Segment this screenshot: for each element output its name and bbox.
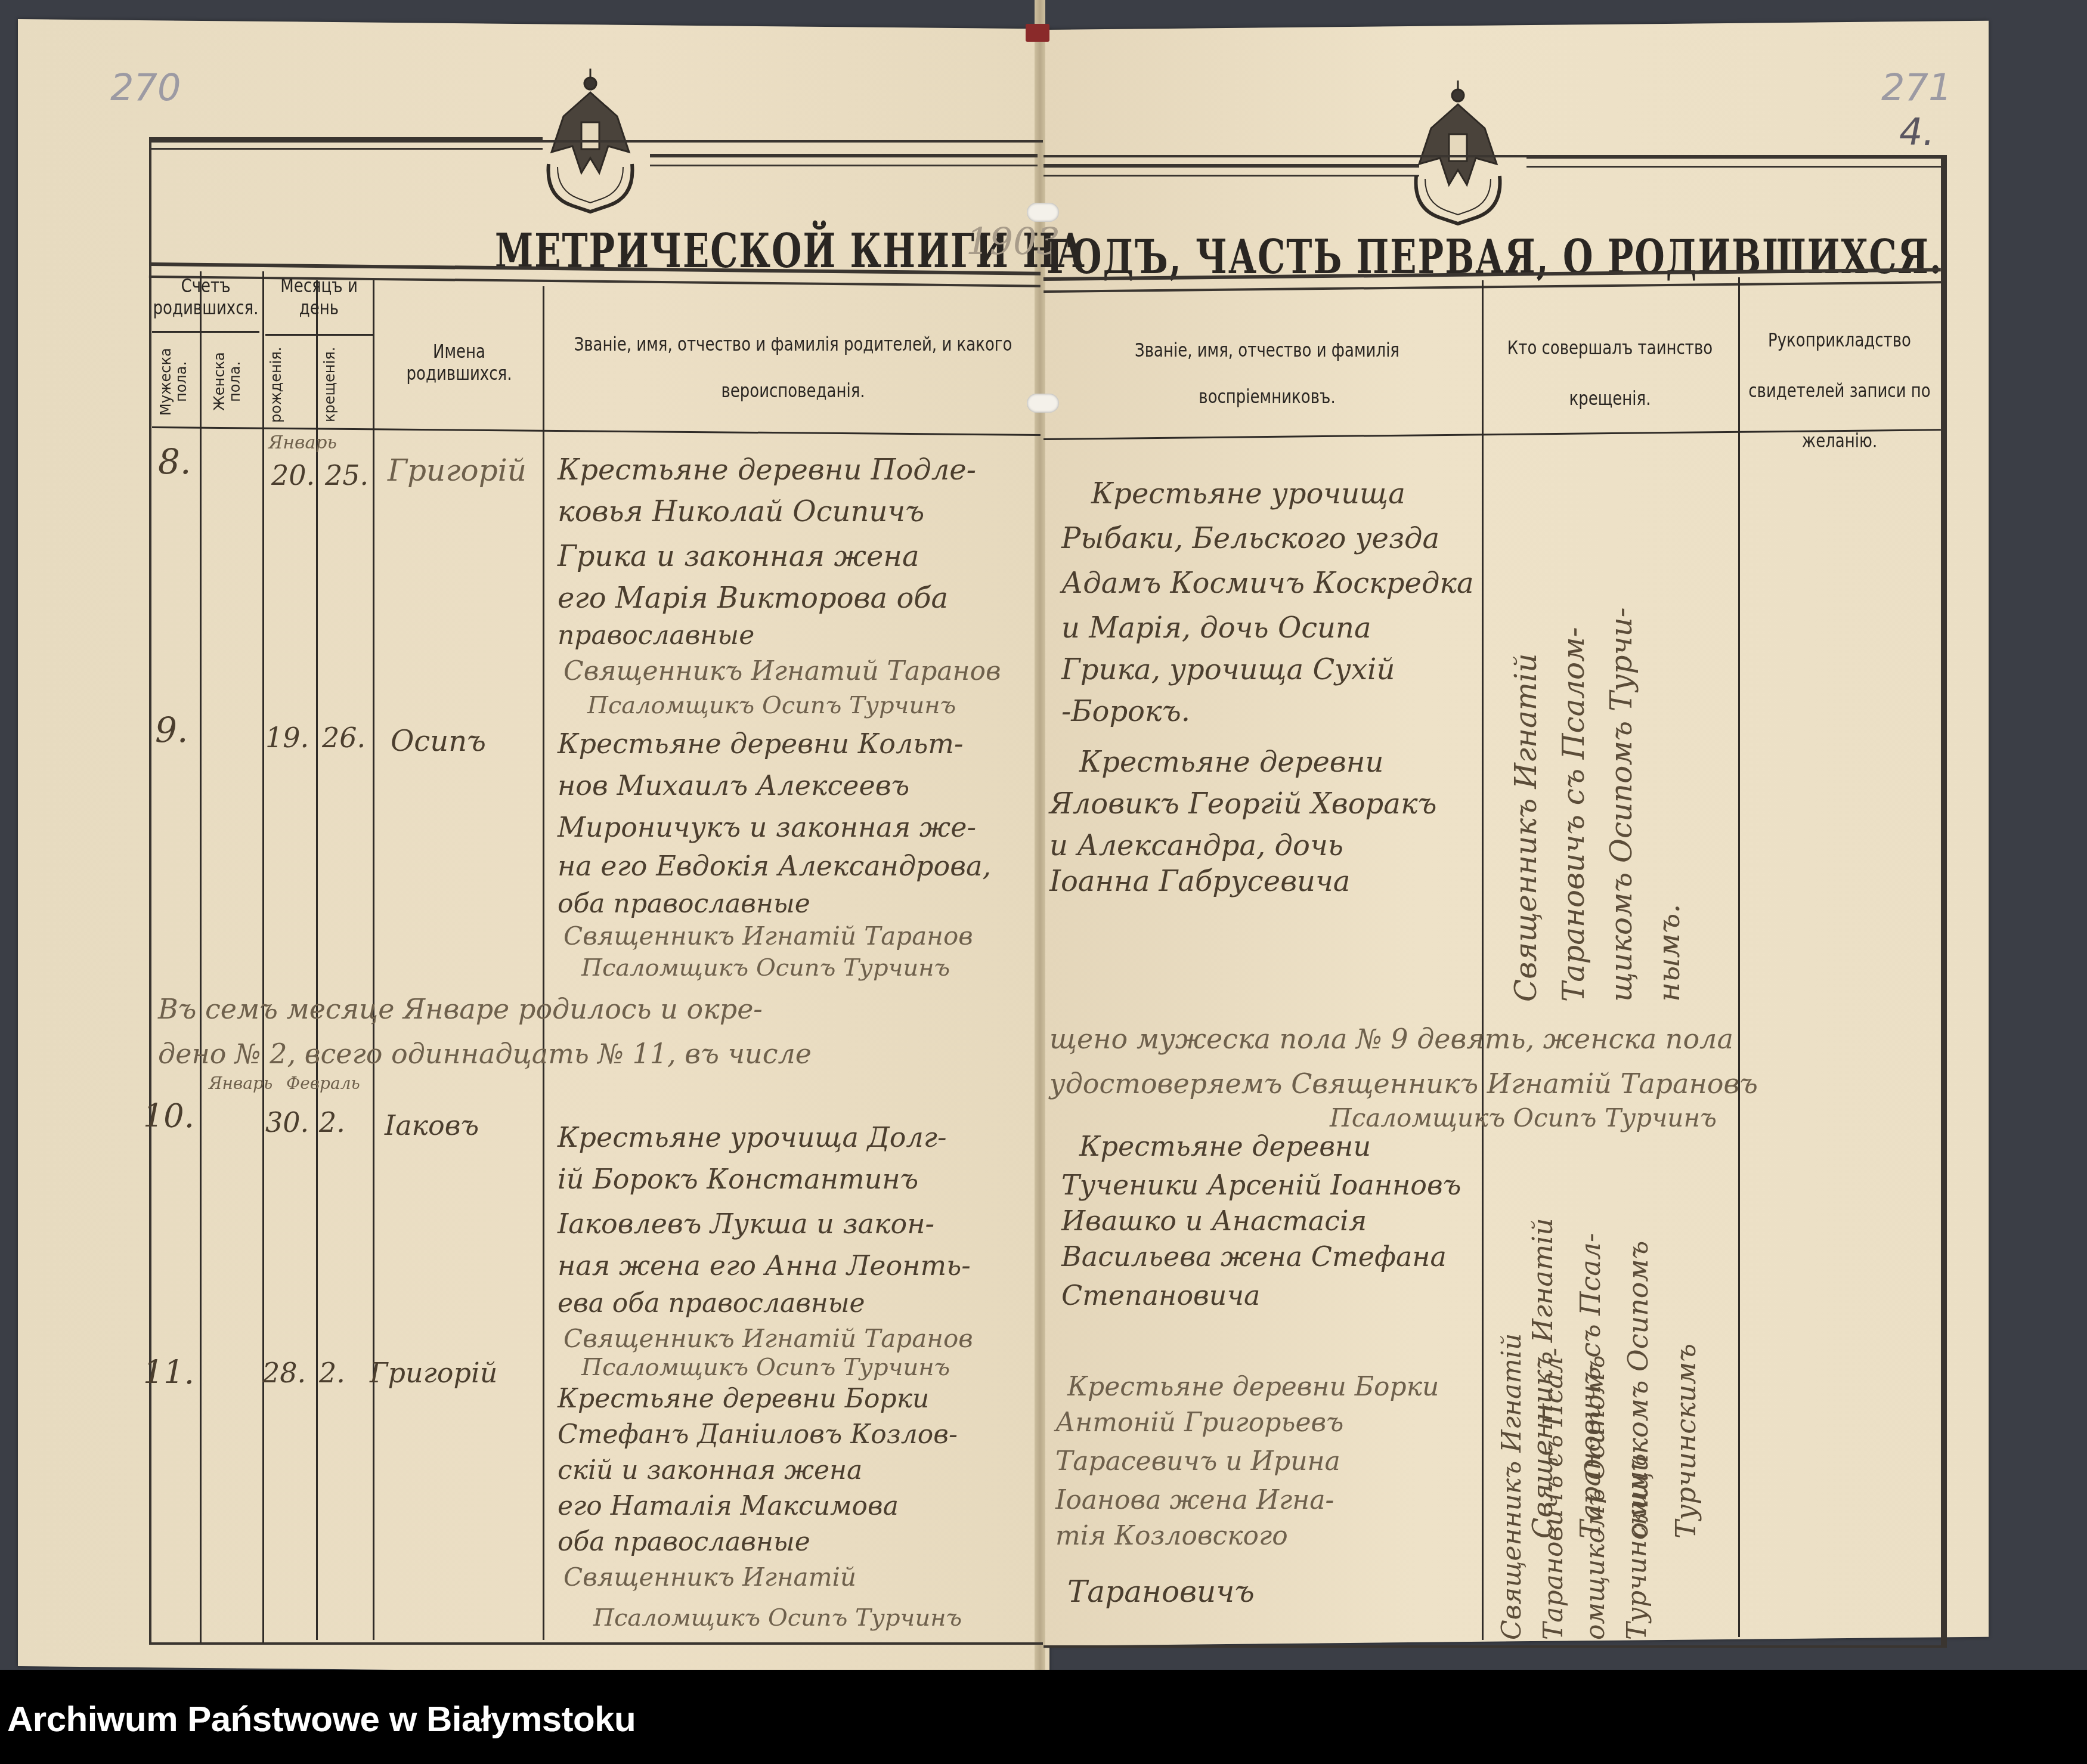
col-divider (200, 271, 202, 1643)
parents-line: оба православные (558, 1527, 810, 1557)
parents-line: Мироничукъ и законная же- (558, 811, 976, 843)
page-number-right: 271 (1881, 66, 1952, 109)
month-summary-line: щено мужеска пола № 9 девять, женска пол… (1049, 1023, 1733, 1055)
godparents-line: Рыбаки, Бельского уезда (1061, 522, 1439, 555)
parents-line: на его Евдокія Александрова, (558, 850, 991, 882)
entry-month: Январь (268, 432, 337, 453)
header-baptism: крещенія. (322, 346, 364, 423)
parents-line: его Наталія Максимова (558, 1491, 899, 1521)
parents-line: Іаковлевъ Лукша и закон- (558, 1208, 934, 1240)
entry-number: 8. (158, 441, 191, 482)
month-summary-line: дено № 2, всего одиннадцать № 11, въ чис… (158, 1038, 812, 1070)
entry-number: 11. (143, 1354, 194, 1391)
godparents-line: Крестьяне деревни Борки (1067, 1372, 1439, 1402)
parents-line: ковья Николай Осипичъ (558, 495, 924, 528)
parents-line: Стефанъ Даніиловъ Козлов- (558, 1419, 958, 1450)
parents-line: Крестьяне деревни Кольт- (558, 728, 963, 760)
clergy-note: Псаломщикъ Осипъ Турчинъ (587, 692, 956, 719)
month-summary-line: Въ семъ месяце Январе родилось и окре- (158, 993, 763, 1025)
clergy-note: Священникъ Игнатій (563, 1562, 856, 1592)
officiant-line: Тарановичъ съ Псал- (1538, 1366, 1569, 1640)
godparents-line: Васильева жена Стефана (1061, 1240, 1447, 1273)
parents-line: его Марія Викторова оба (558, 581, 948, 615)
entry-number: 10. (143, 1097, 194, 1135)
godparents-line: Грика, урочища Сухій (1061, 653, 1395, 686)
entry-birth-day: 20. (271, 459, 315, 491)
entry-birth-day: 19. (265, 722, 309, 754)
clergy-note: Священникъ Игнатий Таранов (563, 656, 1001, 686)
entry-birth-day: 30. (265, 1106, 309, 1138)
subheader-line (152, 331, 259, 333)
clergy-note: Священникъ Игнатій Таранов (563, 921, 973, 951)
header-godparents: Званіе, имя, отчество и фамилія воспріем… (1073, 327, 1461, 420)
header-officiant: Кто совершалъ таинство крещенія. (1491, 324, 1729, 425)
subheader-line (265, 334, 373, 336)
parents-line: ная жена его Анна Леонть- (558, 1249, 971, 1282)
godparents-line: Іоанова жена Игна- (1055, 1485, 1334, 1515)
officiant-line: Священникъ Игнатій (1497, 1366, 1527, 1640)
entry-baptism-day: 2. (319, 1357, 345, 1389)
godparents-line: Яловикъ Георгій Хворакъ (1049, 787, 1437, 821)
godparents-line: и Марія, дочь Осипа (1061, 611, 1371, 645)
godparents-line: Крестьяне урочища (1091, 477, 1405, 510)
clergy-note: Псаломщикъ Осипъ Турчинъ (593, 1604, 962, 1632)
godparents-line: Тученики Арсеній Іоанновъ (1061, 1169, 1461, 1201)
entry-baptism-day: 25. (325, 459, 369, 491)
header-names: Имена родившихся. (379, 342, 540, 384)
parents-line: нов Михаилъ Алексеевъ (558, 769, 909, 801)
officiant-line: Турчинскимъ (1622, 1366, 1652, 1640)
officiant-line: нымъ. (1652, 823, 1686, 1002)
parents-line: ій Борокъ Константинъ (558, 1163, 918, 1195)
entry-child-name: Іаковъ (385, 1109, 479, 1141)
entry-baptism-day: 2. (319, 1106, 345, 1138)
month-summary-line: Псаломщикъ Осипъ Турчинъ (1330, 1103, 1717, 1132)
bookmark-ribbon (1026, 24, 1049, 42)
godparents-line: и Александра, дочь (1049, 829, 1343, 862)
clergy-note: Псаломщикъ Осипъ Турчинъ (581, 954, 950, 982)
parents-line: Грика и законная жена (558, 540, 919, 573)
godparents-line: Адамъ Космичъ Коскредка (1061, 567, 1474, 600)
header-female: Женска пола. (212, 340, 253, 423)
parents-line: православные (558, 620, 754, 651)
officiant-line: Тарановичъ съ Псалом- (1556, 429, 1591, 1002)
godparents-line: Тарасевичъ и Ирина (1055, 1446, 1340, 1477)
col-divider (543, 286, 544, 1640)
parents-line: ева оба православные (558, 1288, 865, 1319)
parents-line: Крестьяне урочища Долг- (558, 1121, 947, 1153)
godparents-line: Іоанна Габрусевича (1049, 865, 1350, 898)
officiant-line: омщикомъ Осипомъ (1580, 1366, 1611, 1640)
officiant-line: Турчинскимъ (1670, 1121, 1702, 1539)
parents-line: скій и законная жена (558, 1455, 862, 1486)
header-count: Счетъ родившихся. (152, 276, 259, 318)
clergy-note: Священникъ Игнатій Таранов (563, 1324, 973, 1353)
folio-number: 4. (1899, 110, 1934, 154)
page-number-left: 270 (110, 66, 181, 109)
godparents-line: Крестьяне деревни (1079, 1130, 1371, 1162)
godparents-line: Антоній Григорьевъ (1055, 1407, 1343, 1438)
entry-baptism-day: 26. (322, 722, 366, 754)
godparents-line: -Борокъ. (1061, 695, 1190, 728)
godparents-line: Степановича (1061, 1279, 1261, 1311)
godparents-line: тія Козловского (1055, 1521, 1288, 1551)
header-male: Мужеска пола. (158, 340, 200, 423)
godparents-line: Крестьяне деревни (1079, 745, 1383, 779)
archive-label: Archiwum Państwowe w Białymstoku (7, 1698, 636, 1740)
godparents-line: Ивашко и Анастасія (1061, 1205, 1367, 1237)
parents-line: Крестьяне деревни Борки (558, 1384, 929, 1414)
col-divider (1738, 277, 1740, 1637)
officiant-line: Священникъ Игнатій (1509, 429, 1543, 1002)
entry-birth-day: 28. (262, 1357, 306, 1389)
officiant-line: щикомъ Осипомъ Турчи- (1604, 429, 1639, 1002)
header-date: Месяцъ и день (265, 276, 373, 318)
col-divider (373, 280, 374, 1640)
entry-child-name: Григорій (388, 453, 527, 488)
header-birth: рожденія. (268, 346, 310, 423)
col-divider (1482, 280, 1484, 1640)
month-summary-line: удостоверяемъ Священникъ Игнатій Таранов… (1049, 1067, 1758, 1100)
parents-line: Крестьяне деревни Подле- (558, 453, 976, 487)
entry-month-baptism: Февраль (286, 1073, 360, 1093)
entry-number: 9. (155, 710, 188, 750)
entry-child-name: Осипъ (391, 725, 486, 758)
header-parents: Званіе, имя, отчество и фамилія родителе… (555, 321, 1032, 414)
entry-month-birth: Январь (209, 1073, 273, 1093)
godparent-signature: Тарановичъ (1067, 1574, 1255, 1609)
col-divider (316, 280, 318, 1640)
parents-line: оба православные (558, 889, 810, 919)
col-divider (262, 271, 264, 1643)
header-signatures: Рукоприкладство свидетелей записи по жел… (1744, 316, 1935, 467)
entry-child-name: Григорій (370, 1357, 497, 1389)
clergy-note: Псаломщикъ Осипъ Турчинъ (581, 1354, 950, 1381)
